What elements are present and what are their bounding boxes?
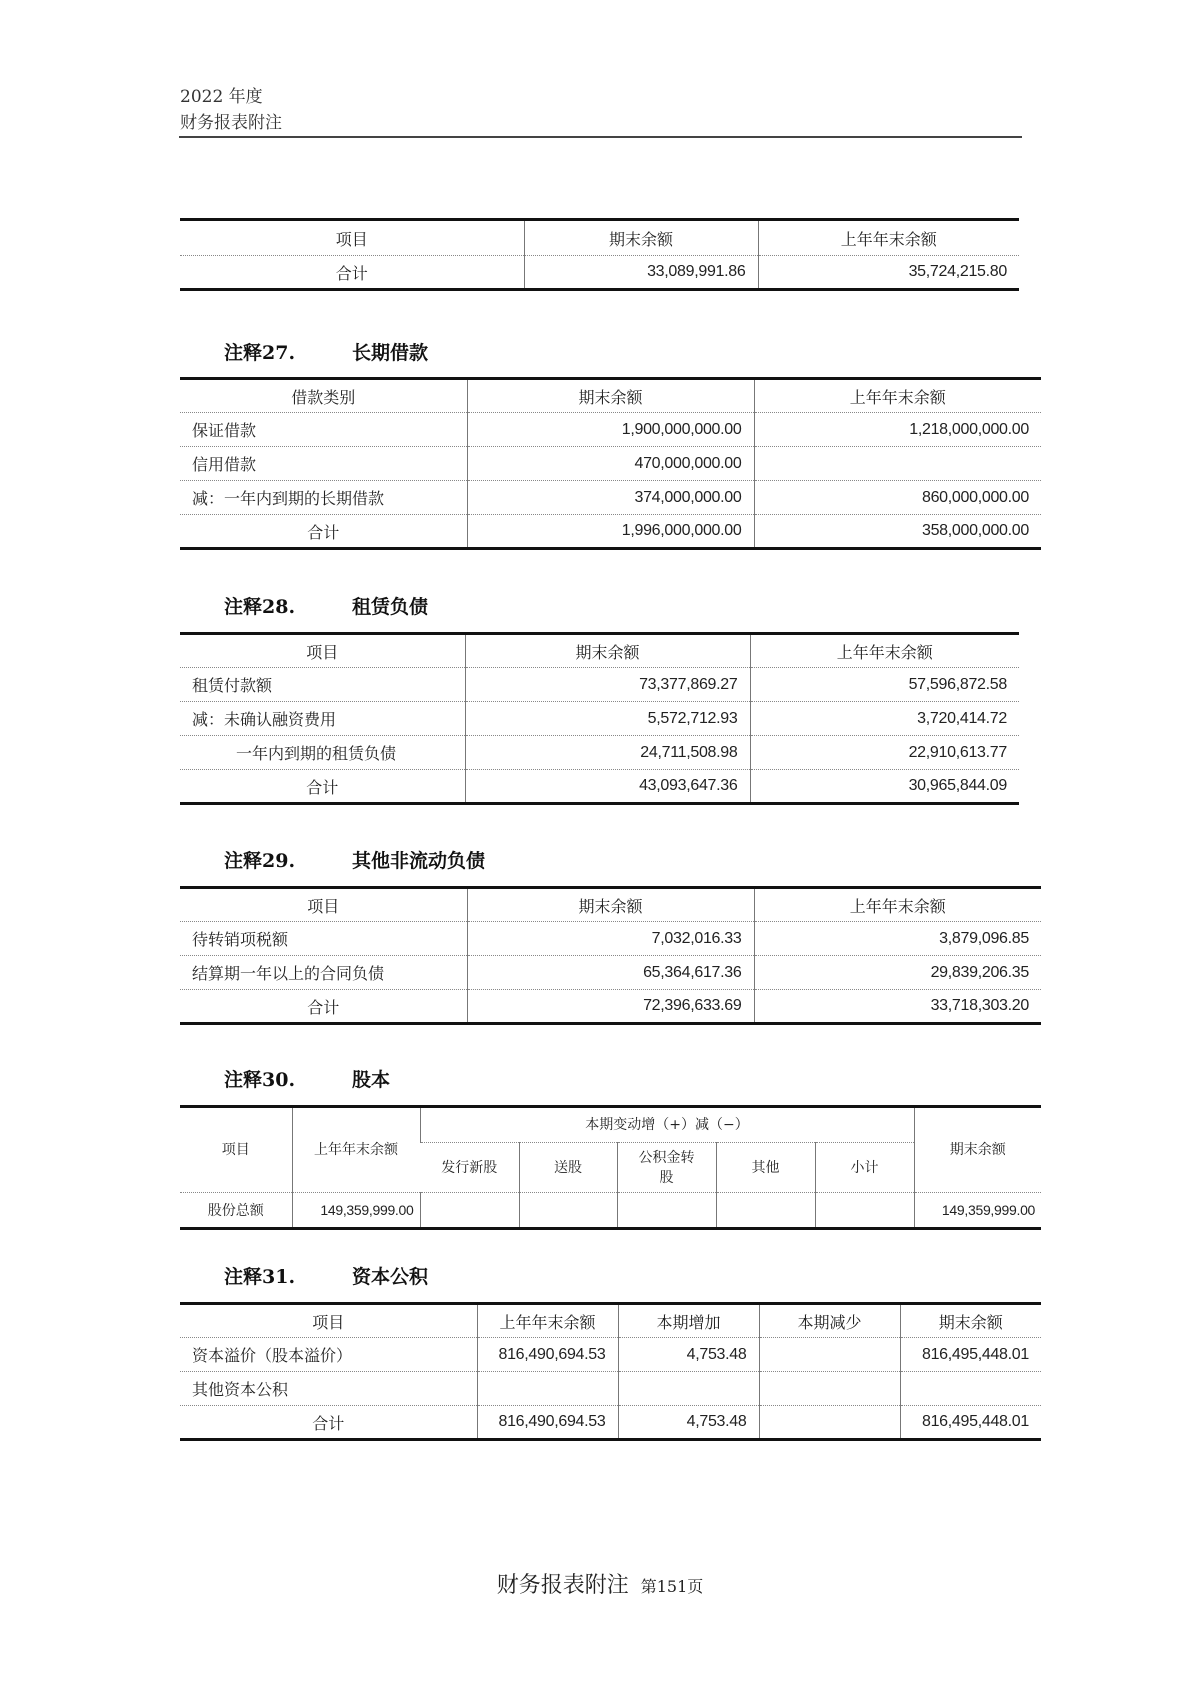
prev-balance: 3,879,096.85 — [754, 922, 1041, 956]
end-balance: 72,396,633.69 — [467, 990, 754, 1024]
column-header: 项目 — [180, 888, 467, 922]
prev-balance: 860,000,000.00 — [754, 481, 1041, 515]
row-label: 信用借款 — [180, 447, 467, 481]
prev-balance: 816,490,694.53 — [477, 1338, 618, 1372]
increase — [618, 1372, 759, 1406]
note-title: 长期借款 — [352, 342, 428, 364]
row-label: 保证借款 — [180, 413, 467, 447]
table-row-total: 合计 72,396,633.69 33,718,303.20 — [180, 990, 1041, 1024]
note-number: 注释28. — [224, 592, 352, 619]
table-row: 减：一年内到期的长期借款 374,000,000.00 860,000,000.… — [180, 481, 1041, 515]
continued-table: 项目 期末余额 上年年末余额 合计 33,089,991.86 35,724,2… — [180, 218, 1019, 291]
end-balance — [900, 1372, 1041, 1406]
prev-balance — [754, 447, 1041, 481]
table-row: 减：未确认融资费用 5,572,712.93 3,720,414.72 — [180, 702, 1019, 736]
bonus-shares — [519, 1193, 617, 1229]
column-header: 上年年末余额 — [477, 1304, 618, 1338]
table-header-row: 借款类别 期末余额 上年年末余额 — [180, 379, 1041, 413]
table-row: 保证借款 1,900,000,000.00 1,218,000,000.00 — [180, 413, 1041, 447]
prev-balance: 358,000,000.00 — [754, 515, 1041, 549]
end-balance: 816,495,448.01 — [900, 1338, 1041, 1372]
note-title: 股本 — [352, 1069, 390, 1091]
table-row-total: 合计 33,089,991.86 35,724,215.80 — [180, 256, 1019, 290]
table-row-total: 合计 43,093,647.36 30,965,844.09 — [180, 770, 1019, 804]
column-header: 项目 — [180, 1107, 292, 1193]
prev-balance: 35,724,215.80 — [758, 256, 1019, 290]
table-header-row: 项目 期末余额 上年年末余额 — [180, 888, 1041, 922]
page-number: 第151页 — [641, 1577, 704, 1596]
subtotal-change — [815, 1193, 914, 1229]
prev-balance: 29,839,206.35 — [754, 956, 1041, 990]
decrease — [759, 1338, 900, 1372]
prev-balance: 149,359,999.00 — [292, 1193, 420, 1229]
note-29-heading: 注释29.其他非流动负债 — [224, 846, 485, 873]
prev-balance: 33,718,303.20 — [754, 990, 1041, 1024]
row-label: 合计 — [180, 990, 467, 1024]
note-title: 其他非流动负债 — [352, 850, 485, 872]
table-row: 信用借款 470,000,000.00 — [180, 447, 1041, 481]
note-number: 注释29. — [224, 846, 352, 873]
report-year: 2022 年度 — [180, 84, 282, 110]
column-header: 期末余额 — [524, 220, 758, 256]
row-label: 合计 — [180, 256, 524, 290]
report-title: 财务报表附注 — [180, 110, 282, 136]
column-header: 上年年末余额 — [750, 634, 1019, 668]
table-row: 资本溢价（股本溢价） 816,490,694.53 4,753.48 816,4… — [180, 1338, 1041, 1372]
column-header: 上年年末余额 — [754, 379, 1041, 413]
column-header: 上年年末余额 — [292, 1107, 420, 1193]
end-balance: 5,572,712.93 — [465, 702, 750, 736]
other-change — [716, 1193, 815, 1229]
note-27-heading: 注释27.长期借款 — [224, 338, 428, 365]
reserve-conversion — [617, 1193, 716, 1229]
decrease — [759, 1372, 900, 1406]
column-header: 其他 — [716, 1143, 815, 1193]
table-row-total: 合计 1,996,000,000.00 358,000,000.00 — [180, 515, 1041, 549]
table-header-row: 项目 期末余额 上年年末余额 — [180, 220, 1019, 256]
row-label: 减：一年内到期的长期借款 — [180, 481, 467, 515]
column-header: 项目 — [180, 634, 465, 668]
decrease — [759, 1406, 900, 1440]
end-balance: 470,000,000.00 — [467, 447, 754, 481]
note-28-heading: 注释28.租赁负债 — [224, 592, 428, 619]
end-balance: 816,495,448.01 — [900, 1406, 1041, 1440]
end-balance: 149,359,999.00 — [914, 1193, 1041, 1229]
increase: 4,753.48 — [618, 1338, 759, 1372]
footer-title: 财务报表附注 — [497, 1573, 629, 1598]
share-capital-table: 项目 上年年末余额 本期变动增（+）减（−） 期末余额 发行新股 送股 公积金转… — [180, 1105, 1041, 1230]
note-31-heading: 注释31.资本公积 — [224, 1262, 428, 1289]
column-header: 送股 — [519, 1143, 617, 1193]
table-row-total: 合计 816,490,694.53 4,753.48 816,495,448.0… — [180, 1406, 1041, 1440]
row-label: 待转销项税额 — [180, 922, 467, 956]
table-row: 租赁付款额 73,377,869.27 57,596,872.58 — [180, 668, 1019, 702]
row-label: 合计 — [180, 1406, 477, 1440]
prev-balance: 30,965,844.09 — [750, 770, 1019, 804]
row-label: 合计 — [180, 770, 465, 804]
column-header: 公积金转股 — [617, 1143, 716, 1193]
row-label: 资本溢价（股本溢价） — [180, 1338, 477, 1372]
column-header: 上年年末余额 — [758, 220, 1019, 256]
end-balance: 1,996,000,000.00 — [467, 515, 754, 549]
column-header: 小计 — [815, 1143, 914, 1193]
row-label: 其他资本公积 — [180, 1372, 477, 1406]
end-balance: 43,093,647.36 — [465, 770, 750, 804]
row-label: 一年内到期的租赁负债 — [180, 736, 465, 770]
note-number: 注释27. — [224, 338, 352, 365]
column-header: 期末余额 — [467, 379, 754, 413]
column-group-header: 本期变动增（+）减（−） — [420, 1107, 914, 1143]
prev-balance: 1,218,000,000.00 — [754, 413, 1041, 447]
end-balance: 7,032,016.33 — [467, 922, 754, 956]
prev-balance: 3,720,414.72 — [750, 702, 1019, 736]
column-header: 项目 — [180, 220, 524, 256]
note-title: 租赁负债 — [352, 596, 428, 618]
other-noncurrent-liabilities-table: 项目 期末余额 上年年末余额 待转销项税额 7,032,016.33 3,879… — [180, 886, 1041, 1025]
prev-balance: 57,596,872.58 — [750, 668, 1019, 702]
column-header: 期末余额 — [467, 888, 754, 922]
prev-balance: 816,490,694.53 — [477, 1406, 618, 1440]
capital-reserve-table: 项目 上年年末余额 本期增加 本期减少 期末余额 资本溢价（股本溢价） 816,… — [180, 1302, 1041, 1441]
row-label: 股份总额 — [180, 1193, 292, 1229]
row-label: 结算期一年以上的合同负债 — [180, 956, 467, 990]
row-label: 租赁付款额 — [180, 668, 465, 702]
prev-balance: 22,910,613.77 — [750, 736, 1019, 770]
long-term-borrowings-table: 借款类别 期末余额 上年年末余额 保证借款 1,900,000,000.00 1… — [180, 377, 1041, 550]
table-header-row: 项目 上年年末余额 本期变动增（+）减（−） 期末余额 — [180, 1107, 1041, 1143]
column-header: 本期减少 — [759, 1304, 900, 1338]
column-header: 上年年末余额 — [754, 888, 1041, 922]
table-header-row: 项目 期末余额 上年年末余额 — [180, 634, 1019, 668]
column-header: 借款类别 — [180, 379, 467, 413]
note-title: 资本公积 — [352, 1266, 428, 1288]
note-number: 注释30. — [224, 1065, 352, 1092]
new-shares — [420, 1193, 519, 1229]
note-number: 注释31. — [224, 1262, 352, 1289]
note-30-heading: 注释30.股本 — [224, 1065, 390, 1092]
end-balance: 73,377,869.27 — [465, 668, 750, 702]
end-balance: 1,900,000,000.00 — [467, 413, 754, 447]
row-label: 合计 — [180, 515, 467, 549]
table-row: 一年内到期的租赁负债 24,711,508.98 22,910,613.77 — [180, 736, 1019, 770]
column-header: 项目 — [180, 1304, 477, 1338]
column-header: 发行新股 — [420, 1143, 519, 1193]
end-balance: 33,089,991.86 — [524, 256, 758, 290]
header-divider — [179, 136, 1022, 138]
table-header-row: 项目 上年年末余额 本期增加 本期减少 期末余额 — [180, 1304, 1041, 1338]
end-balance: 24,711,508.98 — [465, 736, 750, 770]
page-footer: 财务报表附注第151页 — [0, 1568, 1200, 1599]
table-row: 待转销项税额 7,032,016.33 3,879,096.85 — [180, 922, 1041, 956]
table-row: 股份总额 149,359,999.00 149,359,999.00 — [180, 1193, 1041, 1229]
column-header: 期末余额 — [900, 1304, 1041, 1338]
table-row: 其他资本公积 — [180, 1372, 1041, 1406]
row-label: 减：未确认融资费用 — [180, 702, 465, 736]
end-balance: 65,364,617.36 — [467, 956, 754, 990]
prev-balance — [477, 1372, 618, 1406]
column-header: 期末余额 — [914, 1107, 1041, 1193]
increase: 4,753.48 — [618, 1406, 759, 1440]
lease-liabilities-table: 项目 期末余额 上年年末余额 租赁付款额 73,377,869.27 57,59… — [180, 632, 1019, 805]
page-header: 2022 年度 财务报表附注 — [180, 84, 282, 136]
column-header: 本期增加 — [618, 1304, 759, 1338]
column-header: 期末余额 — [465, 634, 750, 668]
table-row: 结算期一年以上的合同负债 65,364,617.36 29,839,206.35 — [180, 956, 1041, 990]
end-balance: 374,000,000.00 — [467, 481, 754, 515]
